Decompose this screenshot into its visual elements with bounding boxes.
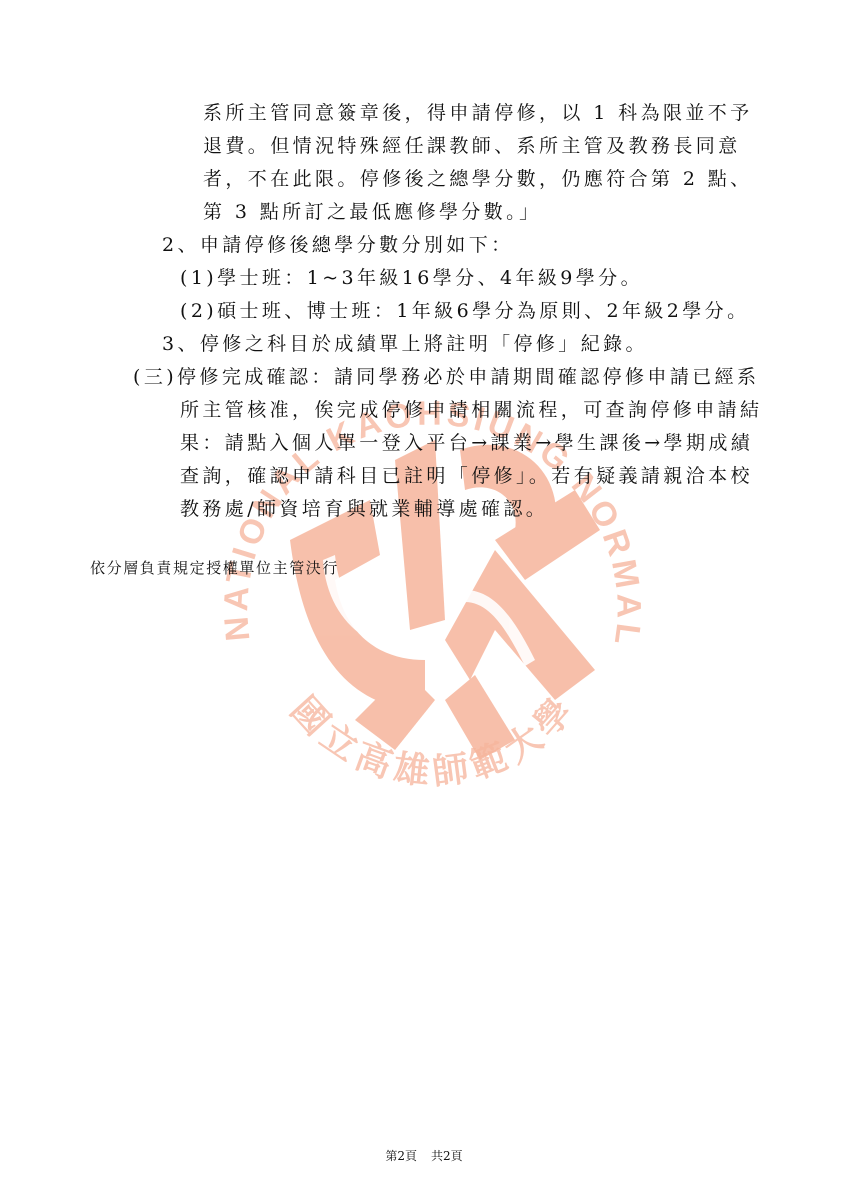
continuation-line-4: 第 3 點所訂之最低應修學分數。」 [203,199,541,225]
section-3-line-4: 查詢，確認申請科目已註明「停修」。若有疑義請親洽本校 [180,463,753,489]
page-number-total: 共2頁 [431,1149,463,1163]
item-2-sub-1: (1)學士班：1~3年級16學分、4年級9學分。 [180,265,643,291]
page-footer: 第2頁共2頁 [0,1147,848,1164]
section-3-line-3: 果：請點入個人單一登入平台→課業→學生課後→學期成績 [180,430,753,456]
authorization-note: 依分層負責規定授權單位主管決行 [90,557,339,578]
document-page: NATIONAL KAOHSIUNG NORMAL UNIVERSITY 國立高… [0,0,848,1200]
svg-text:國立高雄師範大學: 國立高雄師範大學 [282,687,584,794]
section-3-line-1: (三)停修完成確認：請同學務必於申請期間確認停修申請已經系 [133,364,759,390]
watermark-ring-bottom: 國立高雄師範大學 [282,687,584,794]
continuation-line-2: 退費。但情況特殊經任課教師、系所主管及教務長同意 [203,133,741,159]
page-number-current: 第2頁 [385,1149,417,1163]
section-3-line-2: 所主管核准，俟完成停修申請相關流程，可查詢停修申請結 [180,397,762,423]
section-3-line-5: 教務處/師資培育與就業輔導處確認。 [180,496,548,522]
item-2-sub-2: (2)碩士班、博士班：1年級6學分為原則、2年級2學分。 [180,298,749,324]
continuation-line-3: 者，不在此限。停修後之總學分數，仍應符合第 2 點、 [203,166,753,192]
continuation-line-1: 系所主管同意簽章後，得申請停修，以 1 科為限並不予 [203,100,753,126]
item-3: 3、停修之科目於成績單上將註明「停修」紀錄。 [162,331,648,357]
item-2-heading: 2、申請停修後總學分數分別如下： [162,232,514,258]
